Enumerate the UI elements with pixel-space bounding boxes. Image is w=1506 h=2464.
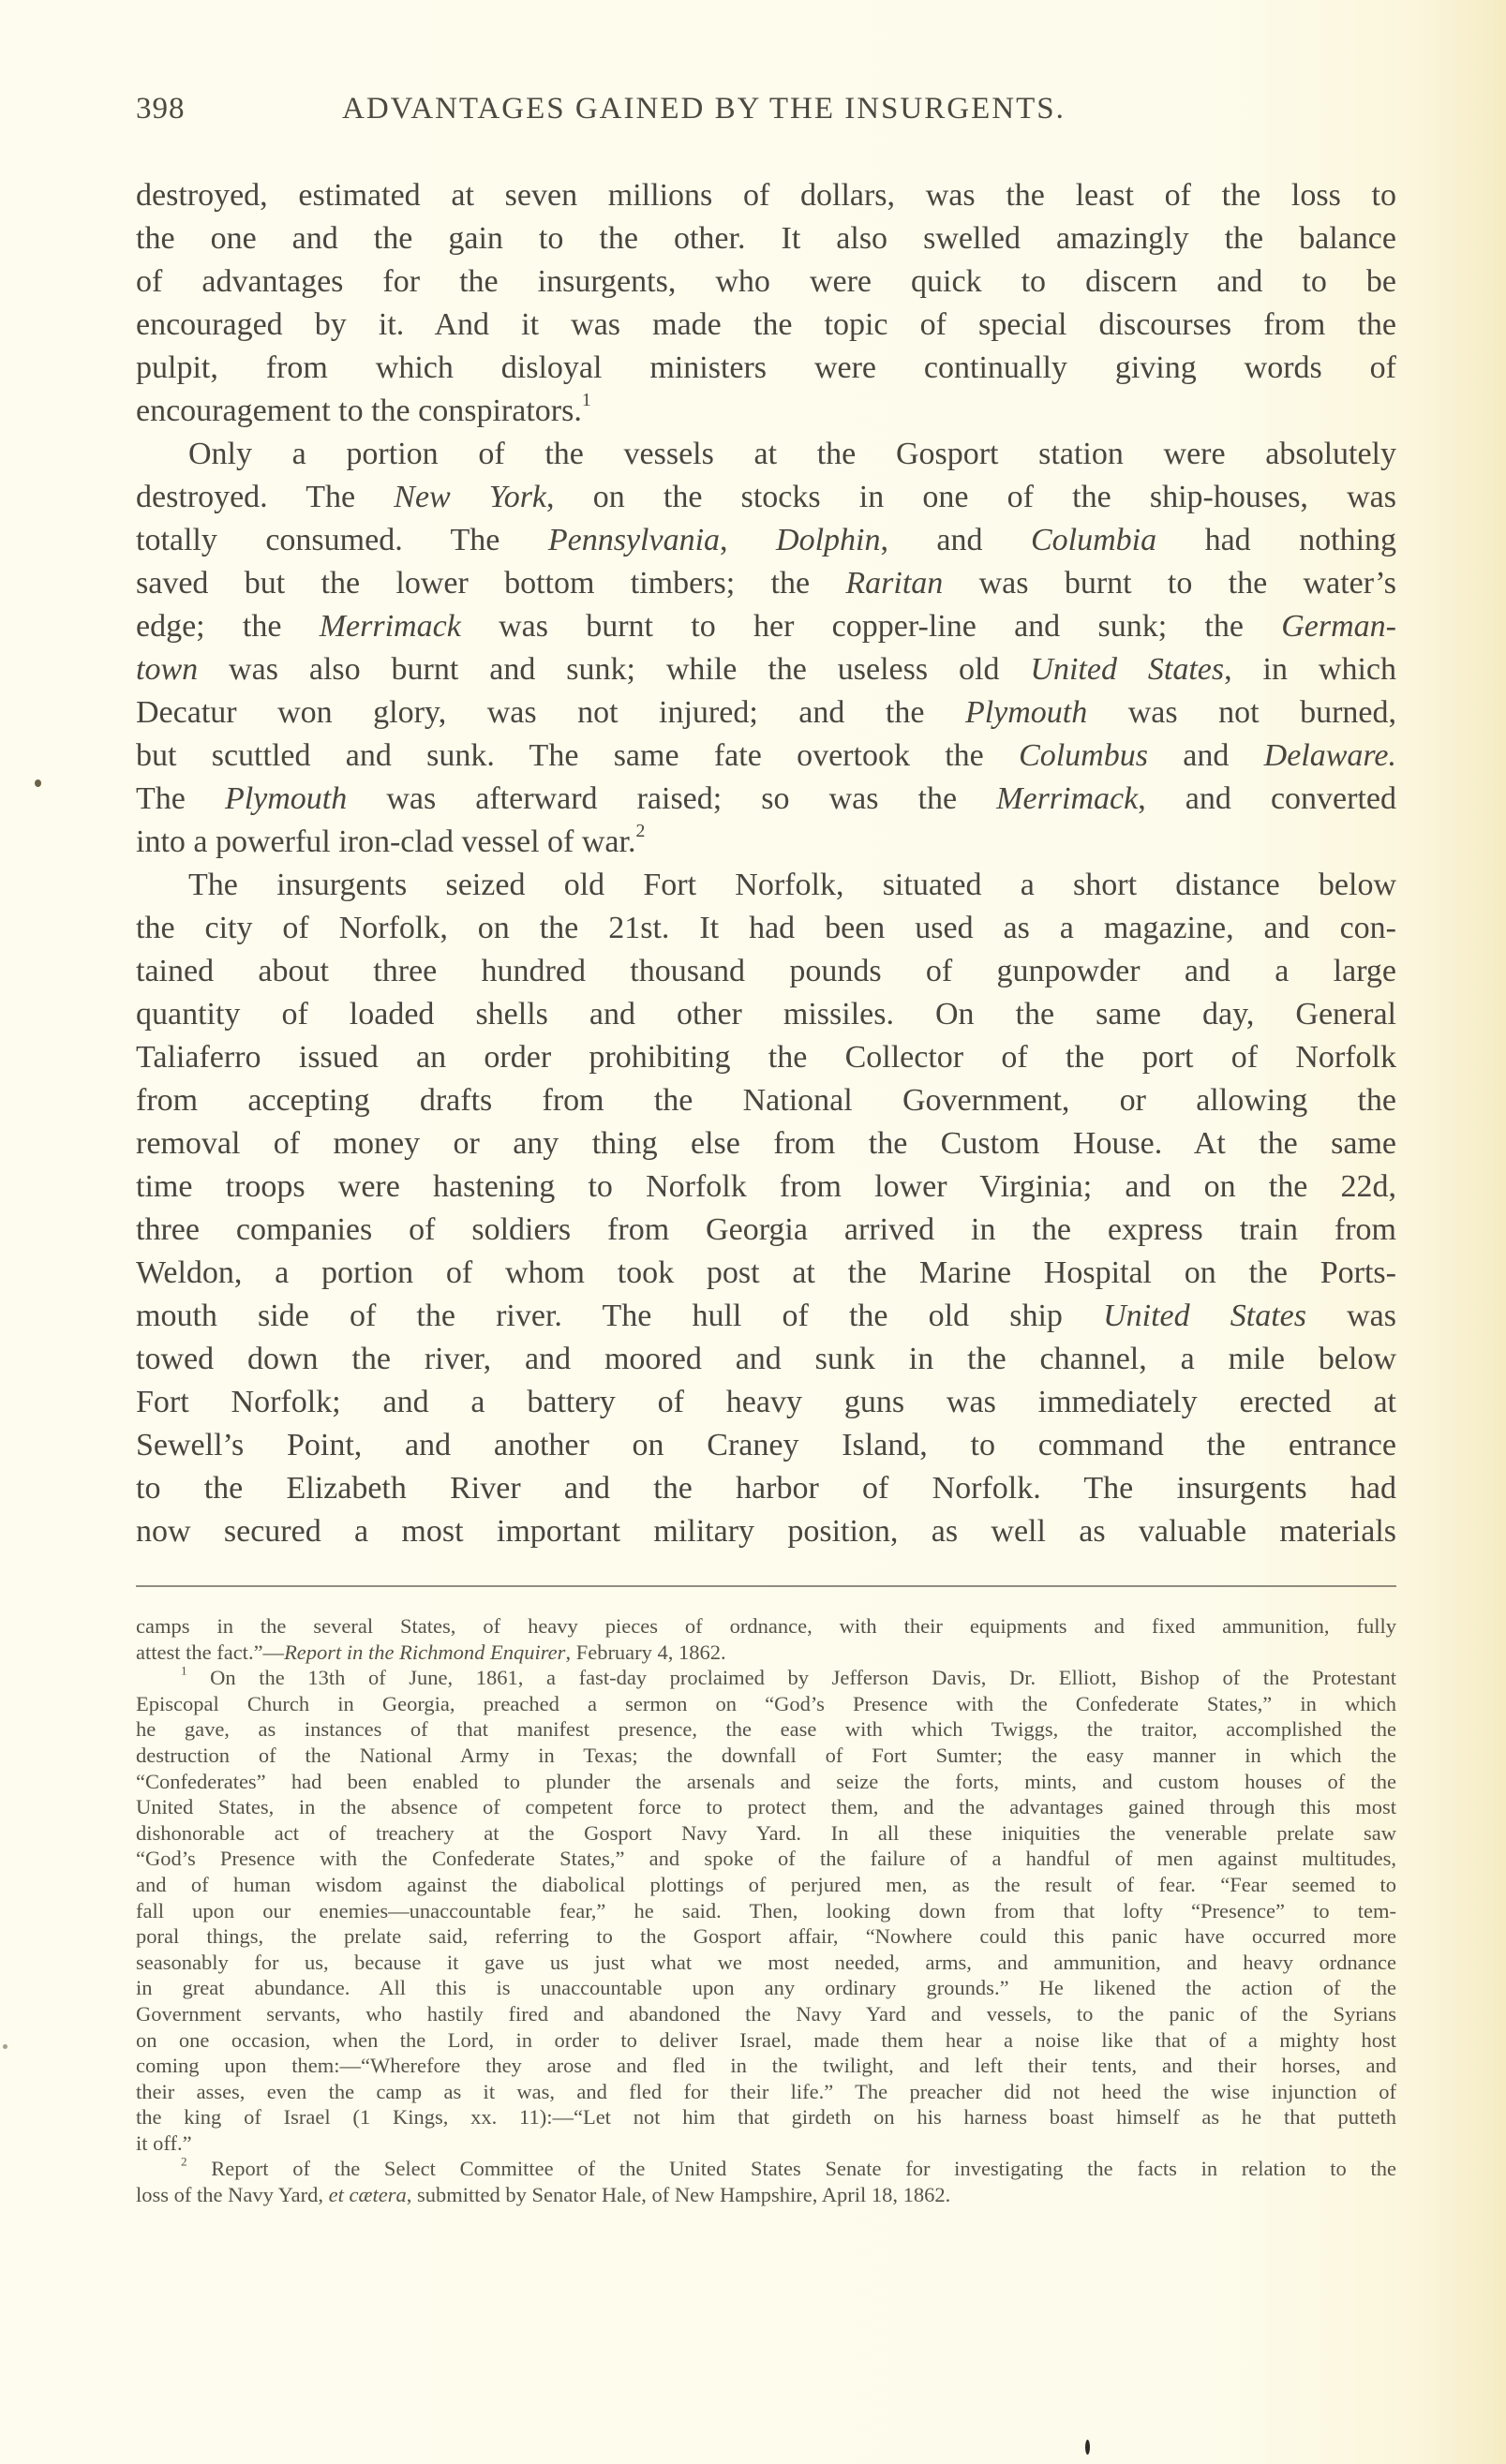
italic-text: Plymouth: [225, 781, 347, 816]
text-run: into a powerful iron-clad vessel of war.: [136, 824, 635, 859]
italic-text: German-: [1281, 609, 1396, 644]
footnote-line: fall upon our enemies—unaccountable fear…: [136, 1898, 1396, 1924]
chapter-running-title: ADVANTAGES GAINED BY THE INSURGENTS.: [342, 92, 1066, 126]
body-line: to the Elizabeth River and the harbor of…: [136, 1467, 1396, 1510]
text-run: , and converted: [1138, 781, 1396, 816]
margin-mark: [3, 2044, 7, 2049]
text-run: now secured a most important military po…: [136, 1514, 1396, 1549]
body-line: town was also burnt and sunk; while the …: [136, 648, 1396, 691]
text-run: time troops were hastening to Norfolk fr…: [136, 1169, 1396, 1204]
body-line: towed down the river, and moored and sun…: [136, 1338, 1396, 1381]
text-run: totally consumed. The: [136, 523, 548, 557]
text-run: to the Elizabeth River and the harbor of…: [136, 1471, 1396, 1506]
text-run: from accepting drafts from the National …: [136, 1083, 1396, 1118]
body-line: Taliaferro issued an order prohibiting t…: [136, 1036, 1396, 1079]
body-line: mouth side of the river. The hull of the…: [136, 1295, 1396, 1338]
text-run: and: [1148, 738, 1264, 773]
body-line: Decatur won glory, was not injured; and …: [136, 691, 1396, 735]
body-line: time troops were hastening to Norfolk fr…: [136, 1165, 1396, 1209]
text-run: was afterward raised; so was the: [347, 781, 996, 816]
page-number: 398: [136, 92, 186, 126]
body-line: The insurgents seized old Fort Norfolk, …: [136, 864, 1396, 907]
body-line: destroyed. The New York, on the stocks i…: [136, 476, 1396, 519]
italic-text: United States: [1030, 652, 1224, 687]
body-line: but scuttled and sunk. The same fate ove…: [136, 735, 1396, 778]
text-run: United States, in the absence of compete…: [136, 1795, 1396, 1818]
text-run: was burnt to her copper-line and sunk; t…: [461, 609, 1281, 644]
italic-text: Raritan: [845, 566, 943, 601]
italic-text: Report in the Richmond Enquirer: [284, 1640, 565, 1664]
text-run: , on the stocks in one of the ship-house…: [546, 480, 1396, 514]
body-line: saved but the lower bottom timbers; the …: [136, 562, 1396, 605]
body-line: Sewell’s Point, and another on Craney Is…: [136, 1424, 1396, 1467]
text-run: Government servants, who hastily fired a…: [136, 2002, 1396, 2026]
body-line: the one and the gain to the other. It al…: [136, 217, 1396, 260]
text-run: in great abundance. All this is unaccoun…: [136, 1976, 1396, 1999]
book-page: 398 ADVANTAGES GAINED BY THE INSURGENTS.…: [0, 0, 1506, 2464]
footnote-line: he gave, as instances of that manifest p…: [136, 1716, 1396, 1743]
text-run: it off.”: [136, 2131, 192, 2155]
footnote-line: seasonably for us, because it gave us ju…: [136, 1950, 1396, 1976]
body-line: removal of money or any thing else from …: [136, 1122, 1396, 1165]
footnote-line: camps in the several States, of heavy pi…: [136, 1613, 1396, 1640]
text-run: edge; the: [136, 609, 320, 644]
body-line: Only a portion of the vessels at the Gos…: [136, 433, 1396, 476]
text-run: Sewell’s Point, and another on Craney Is…: [136, 1428, 1396, 1462]
text-run: encouraged by it. And it was made the to…: [136, 307, 1396, 342]
text-run: The insurgents seized old Fort Norfolk, …: [188, 868, 1396, 902]
text-run: was also burnt and sunk; while the usele…: [198, 652, 1030, 687]
text-run: poral things, the prelate said, referrin…: [136, 1924, 1396, 1948]
body-line: The Plymouth was afterward raised; so wa…: [136, 778, 1396, 821]
italic-text: Merrimack: [996, 781, 1138, 816]
text-run: the city of Norfolk, on the 21st. It had…: [136, 911, 1396, 945]
body-line: of advantages for the insurgents, who we…: [136, 260, 1396, 304]
italic-text: Merrimack: [320, 609, 461, 644]
text-run: had nothing: [1156, 523, 1396, 557]
text-run: tained about three hundred thousand poun…: [136, 954, 1396, 988]
text-run: “God’s Presence with the Confederate Sta…: [136, 1847, 1396, 1870]
italic-text: town: [136, 652, 198, 687]
text-run: the king of Israel (1 Kings, xx. 11):—“L…: [136, 2105, 1396, 2129]
text-run: mouth side of the river. The hull of the…: [136, 1299, 1103, 1333]
text-run: destruction of the National Army in Texa…: [136, 1744, 1396, 1767]
italic-text: United States: [1103, 1299, 1306, 1333]
footnote-divider: [136, 1585, 1396, 1587]
italic-text: Delaware.: [1264, 738, 1396, 773]
text-run: loss of the Navy Yard,: [136, 2183, 329, 2206]
text-run: Only a portion of the vessels at the Gos…: [188, 437, 1396, 471]
text-run: he gave, as instances of that manifest p…: [136, 1717, 1396, 1741]
body-line: edge; the Merrimack was burnt to her cop…: [136, 605, 1396, 648]
footnote-line: it off.”: [136, 2130, 1396, 2157]
text-run: quantity of loaded shells and other miss…: [136, 997, 1396, 1032]
italic-text: New York: [394, 480, 546, 514]
text-run: Episcopal Church in Georgia, preached a …: [136, 1692, 1396, 1715]
body-line: quantity of loaded shells and other miss…: [136, 993, 1396, 1036]
italic-text: Plymouth: [965, 695, 1087, 730]
text-run: of advantages for the insurgents, who we…: [136, 264, 1396, 299]
text-run: and of human wisdom against the diabolic…: [136, 1873, 1396, 1896]
footnote-line: 2 Report of the Select Committee of the …: [136, 2156, 1396, 2182]
italic-text: Dolphin: [776, 523, 880, 557]
text-run: on one occasion, when the Lord, in order…: [136, 2028, 1396, 2052]
text-run: fall upon our enemies—unaccountable fear…: [136, 1899, 1396, 1922]
text-run: camps in the several States, of heavy pi…: [136, 1614, 1396, 1638]
text-run: was not burned,: [1087, 695, 1396, 730]
text-run: Decatur won glory, was not injured; and …: [136, 695, 965, 730]
footnote-line: poral things, the prelate said, referrin…: [136, 1923, 1396, 1950]
body-line: Fort Norfolk; and a battery of heavy gun…: [136, 1381, 1396, 1424]
body-line: the city of Norfolk, on the 21st. It had…: [136, 907, 1396, 950]
text-run: destroyed. The: [136, 480, 394, 514]
footnote-line: and of human wisdom against the diabolic…: [136, 1872, 1396, 1898]
text-run: attest the fact.”—: [136, 1640, 284, 1664]
body-line: encouraged by it. And it was made the to…: [136, 304, 1396, 347]
italic-text: Columbia: [1031, 523, 1156, 557]
text-run: the one and the gain to the other. It al…: [136, 221, 1396, 256]
text-run: , February 4, 1862.: [565, 1640, 725, 1664]
body-line: into a powerful iron-clad vessel of war.…: [136, 821, 1396, 864]
text-run: their asses, even the camp as it was, an…: [136, 2080, 1396, 2103]
text-run: was: [1306, 1299, 1396, 1333]
margin-mark: [1085, 2440, 1090, 2455]
italic-text: Columbus: [1019, 738, 1148, 773]
italic-text: Pennsylvania: [548, 523, 720, 557]
text-run: three companies of soldiers from Georgia…: [136, 1212, 1396, 1247]
footnote-line: attest the fact.”—Report in the Richmond…: [136, 1640, 1396, 1666]
footnote-line: destruction of the National Army in Texa…: [136, 1743, 1396, 1769]
footnote-line: Government servants, who hastily fired a…: [136, 2001, 1396, 2027]
footnote-line: “Confederates” had been enabled to plund…: [136, 1769, 1396, 1795]
footnote-line: loss of the Navy Yard, et cætera, submit…: [136, 2182, 1396, 2208]
footnote-line: 1 On the 13th of June, 1861, a fast-day …: [136, 1665, 1396, 1691]
text-run: , in which: [1224, 652, 1396, 687]
footnote-line: on one occasion, when the Lord, in order…: [136, 2027, 1396, 2054]
text-run: seasonably for us, because it gave us ju…: [136, 1951, 1396, 1974]
running-head: 398 ADVANTAGES GAINED BY THE INSURGENTS.: [136, 92, 1396, 129]
text-run: destroyed, estimated at seven millions o…: [136, 178, 1396, 213]
footnote-marker: 1: [582, 390, 591, 410]
footnote-line: coming upon them:—“Wherefore they arose …: [136, 2053, 1396, 2079]
text-run: dishonorable act of treachery at the Gos…: [136, 1821, 1396, 1845]
text-run: Taliaferro issued an order prohibiting t…: [136, 1040, 1396, 1075]
body-line: three companies of soldiers from Georgia…: [136, 1209, 1396, 1252]
footnote-line: their asses, even the camp as it was, an…: [136, 2079, 1396, 2105]
footnote-line: Episcopal Church in Georgia, preached a …: [136, 1691, 1396, 1717]
footnote-line: dishonorable act of treachery at the Gos…: [136, 1820, 1396, 1847]
text-run: Fort Norfolk; and a battery of heavy gun…: [136, 1385, 1396, 1419]
text-run: , submitted by Senator Hale, of New Hamp…: [407, 2183, 951, 2206]
text-run: but scuttled and sunk. The same fate ove…: [136, 738, 1019, 773]
body-line: Weldon, a portion of whom took post at t…: [136, 1252, 1396, 1295]
text-run: The: [136, 781, 225, 816]
body-line: from accepting drafts from the National …: [136, 1079, 1396, 1122]
text-run: towed down the river, and moored and sun…: [136, 1342, 1396, 1376]
text-run: On the 13th of June, 1861, a fast-day pr…: [187, 1666, 1396, 1689]
text-run: Report of the Select Committee of the Un…: [187, 2157, 1396, 2180]
footnote-marker: 2: [635, 821, 645, 841]
footnote-line: the king of Israel (1 Kings, xx. 11):—“L…: [136, 2104, 1396, 2130]
text-run: was burnt to the water’s: [943, 566, 1396, 601]
text-run: , and: [880, 523, 1031, 557]
text-run: encouragement to the conspirators.: [136, 393, 582, 428]
text-run: pulpit, from which disloyal ministers we…: [136, 350, 1396, 385]
body-line: destroyed, estimated at seven millions o…: [136, 174, 1396, 217]
text-run: coming upon them:—“Wherefore they arose …: [136, 2054, 1396, 2077]
body-line: encouragement to the conspirators.1: [136, 390, 1396, 433]
body-text: destroyed, estimated at seven millions o…: [136, 174, 1396, 1553]
text-run: ,: [720, 523, 776, 557]
italic-text: et cætera: [329, 2183, 407, 2206]
text-run: removal of money or any thing else from …: [136, 1126, 1396, 1161]
text-run: Weldon, a portion of whom took post at t…: [136, 1255, 1396, 1290]
footnote-line: United States, in the absence of compete…: [136, 1794, 1396, 1820]
body-line: totally consumed. The Pennsylvania, Dolp…: [136, 519, 1396, 562]
body-line: now secured a most important military po…: [136, 1510, 1396, 1553]
text-run: saved but the lower bottom timbers; the: [136, 566, 845, 601]
footnotes: camps in the several States, of heavy pi…: [136, 1613, 1396, 2208]
body-line: pulpit, from which disloyal ministers we…: [136, 347, 1396, 390]
body-line: tained about three hundred thousand poun…: [136, 950, 1396, 993]
margin-mark: [35, 779, 41, 787]
footnote-line: “God’s Presence with the Confederate Sta…: [136, 1846, 1396, 1872]
text-run: “Confederates” had been enabled to plund…: [136, 1770, 1396, 1793]
footnote-line: in great abundance. All this is unaccoun…: [136, 1975, 1396, 2001]
